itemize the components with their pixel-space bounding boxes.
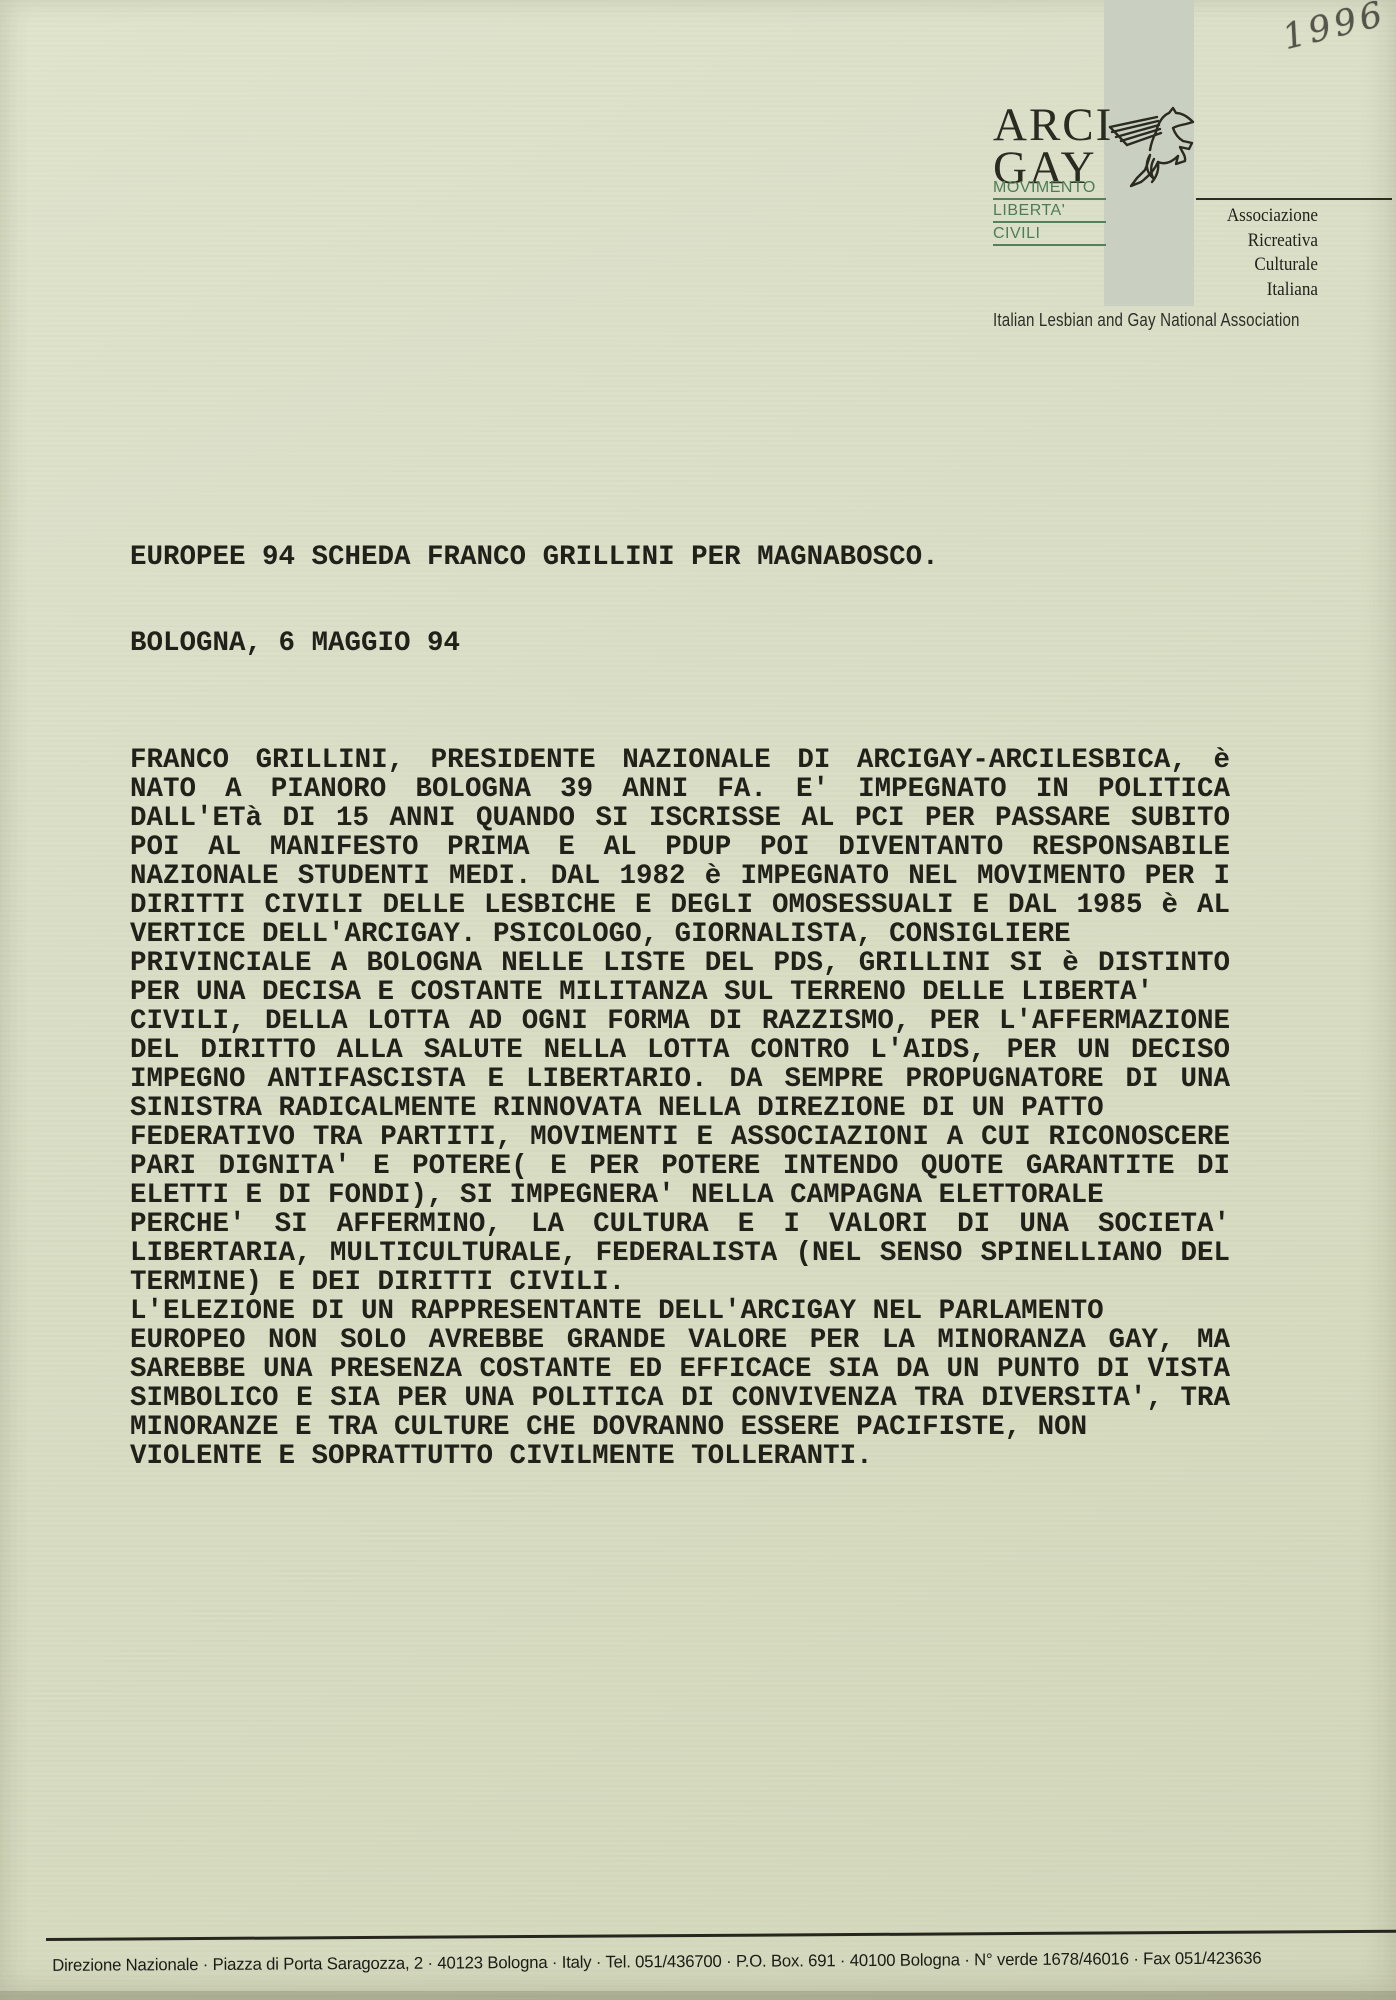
body-line: SAREBBE UNA PRESENZA COSTANTE ED EFFICAC… (130, 1355, 1230, 1384)
footer: Direzione Nazionale · Piazza di Porta Sa… (0, 1926, 1396, 1935)
document-dateline: BOLOGNA, 6 MAGGIO 94 (130, 629, 460, 658)
body-line: LIBERTARIA, MULTICULTURALE, FEDERALISTA … (130, 1239, 1230, 1268)
body-line: NATO A PIANORO BOLOGNA 39 ANNI FA. E' IM… (130, 775, 1230, 804)
motto-list: MOVIMENTO LIBERTA' CIVILI (993, 180, 1106, 249)
body-line: DALL'ETà DI 15 ANNI QUANDO SI ISCRISSE A… (130, 804, 1230, 833)
body-line: ELETTI E DI FONDI), SI IMPEGNERA' NELLA … (130, 1181, 1230, 1210)
motto-item-liberta: LIBERTA' (993, 203, 1106, 223)
association-line: Ricreativa (1167, 229, 1318, 254)
body-line: SIMBOLICO E SIA PER UNA POLITICA DI CONV… (130, 1384, 1230, 1413)
body-line: SINISTRA RADICALMENTE RINNOVATA NELLA DI… (130, 1094, 1230, 1123)
handwritten-year: 1996 (1279, 0, 1391, 58)
wordmark-line-arci: ARCI (993, 104, 1113, 147)
body-line: PARI DIGNITA' E POTERE( E PER POTERE INT… (130, 1152, 1230, 1181)
body-line: NAZIONALE STUDENTI MEDI. DAL 1982 è IMPE… (130, 862, 1230, 891)
body-line: FRANCO GRILLINI, PRESIDENTE NAZIONALE DI… (130, 746, 1230, 775)
body-line: FEDERATIVO TRA PARTITI, MOVIMENTI E ASSO… (130, 1123, 1230, 1152)
association-line: Culturale (1167, 253, 1318, 278)
body-line: IMPEGNO ANTIFASCISTA E LIBERTARIO. DA SE… (130, 1065, 1230, 1094)
body-line: CIVILI, DELLA LOTTA AD OGNI FORMA DI RAZ… (130, 1007, 1230, 1036)
motto-item-civili: CIVILI (993, 226, 1106, 246)
body-line: VIOLENTE E SOPRATTUTTO CIVILMENTE TOLLER… (130, 1442, 1230, 1471)
body-line: L'ELEZIONE DI UN RAPPRESENTANTE DELL'ARC… (130, 1297, 1230, 1326)
association-block: Associazione Ricreativa Culturale Italia… (1167, 204, 1318, 302)
scanned-letter-page: 1996 ARCI GAY MOVIMENTO LIBERTA' CIVILI (0, 0, 1396, 2000)
body-line: TERMINE) E DEI DIRITTI CIVILI. (130, 1268, 1230, 1297)
footer-rule (46, 1930, 1396, 1941)
association-line: Italiana (1167, 278, 1318, 303)
english-association-name: Italian Lesbian and Gay National Associa… (993, 310, 1300, 331)
body-line: VERTICE DELL'ARCIGAY. PSICOLOGO, GIORNAL… (130, 920, 1230, 949)
arcigay-wordmark: ARCI GAY (993, 104, 1113, 190)
association-line: Associazione (1167, 204, 1318, 229)
scan-bottom-edge (0, 1991, 1396, 2000)
body-line: POI AL MANIFESTO PRIMA E AL PDUP POI DIV… (130, 833, 1230, 862)
body-line: PRIVINCIALE A BOLOGNA NELLE LISTE DEL PD… (130, 949, 1230, 978)
body-line: PER UNA DECISA E COSTANTE MILITANZA SUL … (130, 978, 1230, 1007)
body-line: DIRITTI CIVILI DELLE LESBICHE E DEGLI OM… (130, 891, 1230, 920)
body-line: MINORANZE E TRA CULTURE CHE DOVRANNO ESS… (130, 1413, 1230, 1442)
letterhead-divider-line (1196, 198, 1392, 200)
body-line: PERCHE' SI AFFERMINO, LA CULTURA E I VAL… (130, 1210, 1230, 1239)
motto-item-movimento: MOVIMENTO (993, 180, 1106, 200)
footer-address: Direzione Nazionale · Piazza di Porta Sa… (52, 1948, 1362, 1976)
document-body: FRANCO GRILLINI, PRESIDENTE NAZIONALE DI… (130, 746, 1230, 1471)
body-line: EUROPEO NON SOLO AVREBBE GRANDE VALORE P… (130, 1326, 1230, 1355)
pegasus-icon (1102, 106, 1198, 194)
body-line: DEL DIRITTO ALLA SALUTE NELLA LOTTA CONT… (130, 1036, 1230, 1065)
document-title: EUROPEE 94 SCHEDA FRANCO GRILLINI PER MA… (130, 543, 939, 572)
